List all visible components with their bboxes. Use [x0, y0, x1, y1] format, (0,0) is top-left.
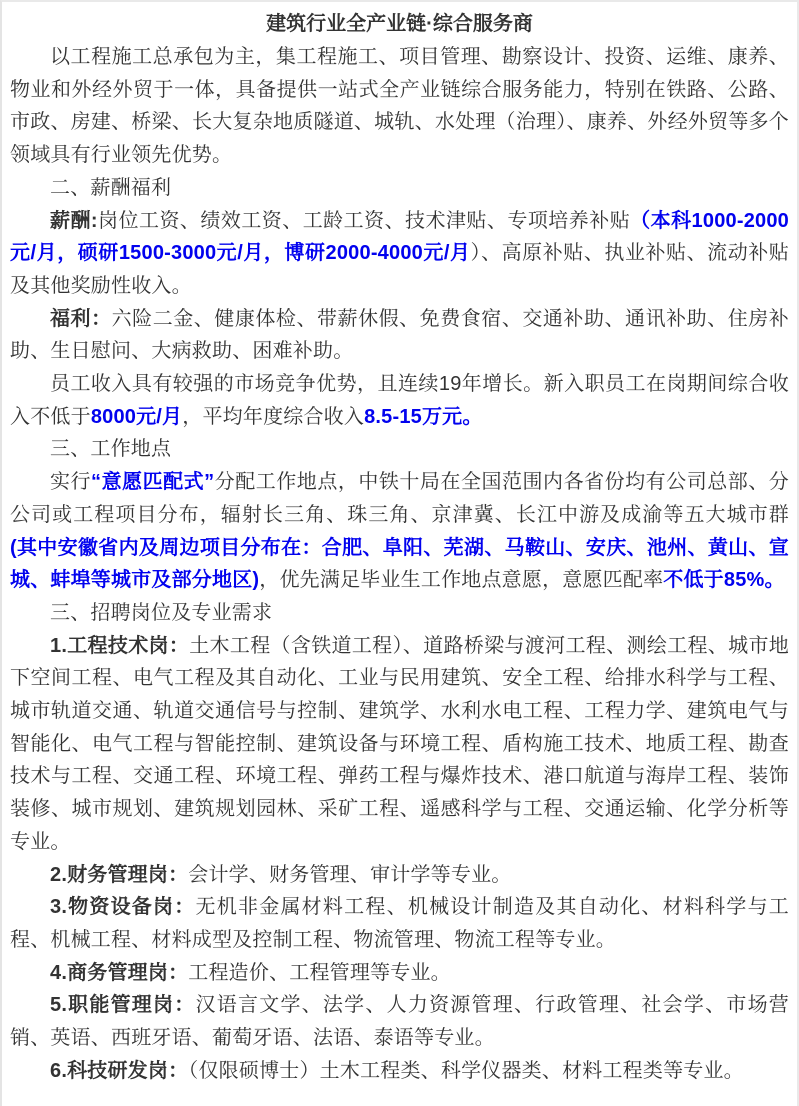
paragraph: 6.科技研发岗：（仅限硕博士）土木工程类、科学仪器类、材料工程类等专业。: [10, 1055, 789, 1088]
body-text: 以工程施工总承包为主，集工程施工、项目管理、勘察设计、投资、运维、康养、物业和外…: [10, 46, 789, 166]
highlighted-text: 8.5-15万元。: [364, 406, 483, 428]
label-text: 2.财务管理岗：: [50, 864, 188, 886]
paragraph: 以工程施工总承包为主，集工程施工、项目管理、勘察设计、投资、运维、康养、物业和外…: [10, 41, 789, 172]
paragraph: 3.物资设备岗：无机非金属材料工程、机械设计制造及其自动化、材料科学与工程、机械…: [10, 891, 789, 956]
label-text: 6.科技研发岗：: [50, 1060, 188, 1082]
paragraph: 三、招聘岗位及专业需求: [10, 597, 789, 630]
page-title: 建筑行业全产业链·综合服务商: [10, 8, 789, 41]
label-text: 4.商务管理岗：: [50, 962, 188, 984]
highlighted-text: 8000元/月: [91, 406, 182, 428]
body-text: ，优先满足毕业生工作地点意愿，意愿匹配率: [259, 569, 663, 591]
label-text: 福利：: [50, 308, 112, 330]
document-page: 建筑行业全产业链·综合服务商 以工程施工总承包为主，集工程施工、项目管理、勘察设…: [0, 0, 799, 1106]
body-text: 六险二金、健康体检、带薪休假、免费食宿、交通补助、通讯补助、住房补助、生日慰问、…: [10, 308, 789, 363]
body-text: ，平均年度综合收入: [182, 406, 364, 428]
paragraph: 4.商务管理岗：工程造价、工程管理等专业。: [10, 957, 789, 990]
label-text: 薪酬:: [50, 210, 98, 232]
paragraph: 5.职能管理岗：汉语言文学、法学、人力资源管理、行政管理、社会学、市场营销、英语…: [10, 989, 789, 1054]
body-text: 实行: [50, 471, 91, 493]
body-text: 会计学、财务管理、审计学等专业。: [188, 864, 511, 886]
paragraph: 福利：六险二金、健康体检、带薪休假、免费食宿、交通补助、通讯补助、住房补助、生日…: [10, 303, 789, 368]
body-text: 三、工作地点: [50, 438, 171, 460]
paragraph: 员工收入具有较强的市场竞争优势，且连续19年增长。新入职员工在岗期间综合收入不低…: [10, 368, 789, 433]
label-text: 1.工程技术岗：: [50, 635, 189, 657]
highlighted-text: 不低于85%。: [663, 569, 784, 591]
body-text: 三、招聘岗位及专业需求: [50, 602, 272, 624]
paragraph: 薪酬:岗位工资、绩效工资、工龄工资、技术津贴、专项培养补贴（本科1000-200…: [10, 205, 789, 303]
body-text: 岗位工资、绩效工资、工龄工资、技术津贴、专项培养补贴: [98, 210, 630, 232]
label-text: 3.物资设备岗：: [50, 896, 196, 918]
body-text: 土木工程（含铁道工程）、道路桥梁与渡河工程、测绘工程、城市地下空间工程、电气工程…: [10, 635, 789, 853]
label-text: 5.职能管理岗：: [50, 994, 196, 1016]
body-text: （仅限硕博士）土木工程类、科学仪器类、材料工程类等专业。: [188, 1060, 744, 1082]
paragraph: 二、薪酬福利: [10, 172, 789, 205]
body-text: 二、薪酬福利: [50, 177, 171, 199]
highlighted-text: “意愿匹配式”: [91, 471, 214, 493]
paragraph: 1.工程技术岗：土木工程（含铁道工程）、道路桥梁与渡河工程、测绘工程、城市地下空…: [10, 630, 789, 859]
paragraph: 三、工作地点: [10, 433, 789, 466]
paragraph: 实行“意愿匹配式”分配工作地点，中铁十局在全国范围内各省份均有公司总部、分公司或…: [10, 466, 789, 597]
body-text: 工程造价、工程管理等专业。: [188, 962, 451, 984]
paragraph: 2.财务管理岗：会计学、财务管理、审计学等专业。: [10, 859, 789, 892]
document-body: 以工程施工总承包为主，集工程施工、项目管理、勘察设计、投资、运维、康养、物业和外…: [10, 41, 789, 1088]
